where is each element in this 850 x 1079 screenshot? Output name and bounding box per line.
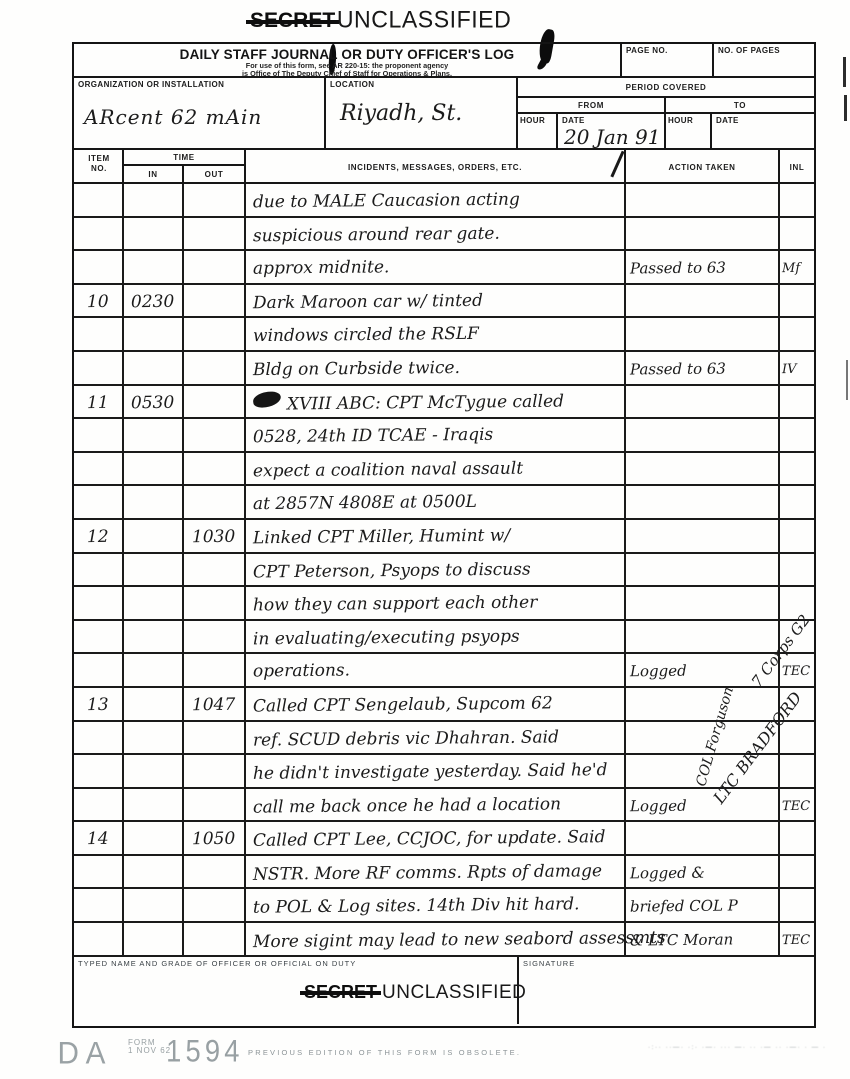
row-incident-text-text: at 2857N 4808E at 0500L — [253, 487, 477, 520]
row-time-out — [184, 722, 246, 754]
row-time-in — [124, 688, 184, 720]
row-item-no — [74, 722, 124, 754]
action-taken-header-cell: ACTION TAKEN — [626, 150, 780, 184]
row-action-taken — [626, 184, 780, 216]
form-edition-text: 1 NOV 62 — [128, 1046, 171, 1055]
row-incident-text: Linked CPT Miller, Humint w/ — [246, 520, 626, 552]
row-incident-text: Dark Maroon car w/ tinted — [246, 285, 626, 317]
row-incident-text: 0528, 24th ID TCAE - Iraqis — [246, 419, 626, 451]
row-initials — [780, 419, 814, 451]
da-form-number: 1594 — [166, 1033, 244, 1070]
row-incident-text-text: operations. — [253, 656, 350, 688]
row-item-no — [74, 755, 124, 787]
table-row: at 2857N 4808E at 0500L — [74, 486, 814, 520]
row-time-in — [124, 856, 184, 888]
row-time-out — [184, 856, 246, 888]
to-date-cell: DATE — [712, 114, 814, 150]
table-row: approx midnite.Passed to 63Mf — [74, 251, 814, 285]
table-row: due to MALE Caucasion acting — [74, 184, 814, 218]
row-time-in — [124, 822, 184, 854]
row-initials: Mf — [780, 251, 814, 283]
row-incident-text: ref. SCUD debris vic Dhahran. Said — [246, 722, 626, 754]
row-incident-text-text: Linked CPT Miller, Humint w/ — [253, 521, 510, 555]
row-item-no — [74, 419, 124, 451]
form-title-block: DAILY STAFF JOURNAL OR DUTY OFFICER'S LO… — [74, 44, 622, 78]
row-action-taken: briefed COL P — [626, 889, 780, 921]
row-item-no — [74, 218, 124, 250]
row-incident-text: operations. — [246, 654, 626, 686]
row-time-in — [124, 352, 184, 384]
row-time-out-text: 1030 — [192, 522, 236, 553]
table-row: windows circled the RSLF — [74, 318, 814, 352]
scan-artifact — [844, 95, 847, 121]
row-time-out — [184, 251, 246, 283]
row-item-no: 10 — [74, 285, 124, 317]
row-incident-text-text: due to MALE Caucasion acting — [253, 185, 520, 219]
row-action-taken — [626, 453, 780, 485]
row-incident-text-text: in evaluating/executing psyops — [253, 621, 520, 655]
row-initials — [780, 318, 814, 350]
time-in-header-cell: IN — [124, 166, 184, 184]
organization-label: ORGANIZATION OR INSTALLATION — [74, 78, 324, 89]
time-header-cell: TIME — [124, 150, 246, 166]
row-initials-text: IV — [782, 354, 797, 385]
row-time-out — [184, 453, 246, 485]
table-row: 110530XVIII ABC: CPT McTygue called — [74, 386, 814, 420]
row-incident-text-text: Called CPT Lee, CCJOC, for update. Said — [253, 822, 606, 857]
no-of-pages-cell: NO. OF PAGES — [714, 44, 814, 78]
from-label: FROM — [518, 101, 664, 110]
row-action-taken-text: Logged & — [630, 857, 705, 889]
log-column-headers: ITEM NO. TIME IN OUT INCIDENTS, MESSAGES… — [74, 150, 814, 184]
row-action-taken — [626, 621, 780, 653]
location-cell: LOCATION Riyadh, St. — [326, 78, 518, 150]
row-time-out — [184, 352, 246, 384]
page-no-label: PAGE NO. — [622, 44, 712, 55]
row-time-in: 0530 — [124, 386, 184, 418]
row-action-taken-text: Passed to 63 — [630, 353, 726, 385]
row-item-no-text: 11 — [87, 387, 109, 418]
row-item-no — [74, 318, 124, 350]
row-initials — [780, 184, 814, 216]
action-taken-header: ACTION TAKEN — [626, 163, 778, 172]
table-row: More sigint may lead to new seabord asse… — [74, 923, 814, 957]
classification-stamp-top: SECRET UNCLASSIFIED — [250, 7, 507, 33]
row-time-in-text: 0230 — [131, 287, 175, 318]
location-label: LOCATION — [326, 78, 516, 89]
row-initials: TEC — [780, 789, 814, 821]
row-item-no — [74, 889, 124, 921]
row-incident-text-text: he didn't investigate yesterday. Said he… — [253, 755, 608, 790]
row-initials — [780, 856, 814, 888]
row-incident-text-text: XVIII ABC: CPT McTygue called — [287, 386, 564, 420]
row-action-taken — [626, 520, 780, 552]
typed-name-label: TYPED NAME AND GRADE OF OFFICER OR OFFIC… — [74, 957, 517, 968]
row-item-no — [74, 554, 124, 586]
row-incident-text-text: Called CPT Sengelaub, Supcom 62 — [253, 688, 553, 722]
time-in-header: IN — [124, 170, 182, 179]
row-initials-text: TEC — [782, 656, 810, 687]
row-initials — [780, 285, 814, 317]
row-item-no — [74, 923, 124, 955]
row-initials: IV — [780, 352, 814, 384]
row-time-out — [184, 587, 246, 619]
from-date-label: DATE — [558, 114, 664, 125]
row-time-out — [184, 285, 246, 317]
form-title: DAILY STAFF JOURNAL OR DUTY OFFICER'S LO… — [74, 47, 620, 63]
row-time-out — [184, 218, 246, 250]
table-row: NSTR. More RF comms. Rpts of damageLogge… — [74, 856, 814, 890]
to-label: TO — [666, 101, 814, 110]
inl-header-cell: INL — [780, 150, 814, 184]
table-row: 121030Linked CPT Miller, Humint w/ — [74, 520, 814, 554]
table-row: 0528, 24th ID TCAE - Iraqis — [74, 419, 814, 453]
row-initials-text: Mf — [782, 253, 800, 284]
organization-cell: ORGANIZATION OR INSTALLATION ARcent 62 m… — [74, 78, 326, 150]
table-row: to POL & Log sites. 14th Div hit hard.br… — [74, 889, 814, 923]
row-incident-text-text: CPT Peterson, Psyops to discuss — [253, 554, 531, 588]
classification-stamp-bottom: SECRET UNCLASSIFIED — [304, 982, 526, 1004]
row-time-in — [124, 453, 184, 485]
row-incident-text: suspicious around rear gate. — [246, 218, 626, 250]
row-time-in — [124, 486, 184, 518]
row-time-in — [124, 419, 184, 451]
row-time-in — [124, 184, 184, 216]
row-initials — [780, 889, 814, 921]
row-time-in — [124, 587, 184, 619]
row-initials — [780, 822, 814, 854]
row-incident-text-text: approx midnite. — [253, 252, 390, 284]
row-initials-text: TEC — [782, 925, 810, 956]
row-action-taken-text: Passed to 63 — [630, 253, 726, 285]
obsolete-note: PREVIOUS EDITION OF THIS FORM IS OBSOLET… — [248, 1048, 521, 1057]
log-rows: due to MALE Caucasion actingsuspicious a… — [74, 184, 814, 957]
from-date-value: 20 Jan 91 — [564, 125, 664, 149]
row-incident-text: he didn't investigate yesterday. Said he… — [246, 755, 626, 787]
row-time-out — [184, 889, 246, 921]
row-time-in-text: 0530 — [131, 387, 175, 418]
row-item-no-text: 14 — [87, 824, 109, 855]
row-action-taken — [626, 318, 780, 350]
row-incident-text: expect a coalition naval assault — [246, 453, 626, 485]
unclassified-text: UNCLASSIFIED — [382, 982, 526, 1003]
row-incident-text: More sigint may lead to new seabord asse… — [246, 923, 626, 955]
row-action-taken — [626, 419, 780, 451]
table-row: Bldg on Curbside twice.Passed to 63IV — [74, 352, 814, 386]
secret-struck-text: SECRET — [250, 9, 335, 33]
row-time-in — [124, 789, 184, 821]
row-incident-text: Bldg on Curbside twice. — [246, 352, 626, 384]
row-time-in: 0230 — [124, 285, 184, 317]
signature-cell: SIGNATURE — [519, 957, 814, 1024]
no-of-pages-label: NO. OF PAGES — [714, 44, 814, 55]
row-action-taken: Logged — [626, 789, 780, 821]
table-row: in evaluating/executing psyops — [74, 621, 814, 655]
row-time-out — [184, 923, 246, 955]
table-row: operations.LoggedTEC — [74, 654, 814, 688]
row-incident-text-text: ref. SCUD debris vic Dhahran. Said — [253, 722, 559, 756]
row-time-in — [124, 520, 184, 552]
scanned-da-form-1594: SECRET UNCLASSIFIED DAILY STAFF JOURNAL … — [0, 0, 850, 1079]
item-no-header: ITEM NO. — [81, 154, 117, 174]
period-covered-label: PERIOD COVERED — [518, 83, 814, 92]
row-incident-text: call me back once he had a location — [246, 789, 626, 821]
row-incident-text: to POL & Log sites. 14th Div hit hard. — [246, 889, 626, 921]
row-item-no-text: 12 — [87, 522, 109, 553]
form-border: DAILY STAFF JOURNAL OR DUTY OFFICER'S LO… — [72, 42, 816, 1028]
row-time-in — [124, 923, 184, 955]
print-office-note: ·:·· ··—· ·:· ·—· ··· —· ·· ·— ·· ·—· · … — [648, 1044, 848, 1051]
row-initials: TEC — [780, 923, 814, 955]
row-time-in — [124, 621, 184, 653]
row-time-in — [124, 722, 184, 754]
row-time-in — [124, 318, 184, 350]
row-action-taken: Passed to 63 — [626, 251, 780, 283]
to-hour-cell: HOUR — [666, 114, 712, 150]
row-incident-text-text: expect a coalition naval assault — [253, 453, 523, 487]
row-time-out — [184, 318, 246, 350]
scan-artifact — [846, 360, 848, 400]
table-row: suspicious around rear gate. — [74, 218, 814, 252]
row-action-taken-text: briefed COL P — [630, 891, 738, 923]
row-initials — [780, 486, 814, 518]
row-action-taken-text: Logged — [630, 790, 687, 822]
row-item-no — [74, 856, 124, 888]
row-incident-text-text: Dark Maroon car w/ tinted — [253, 286, 483, 319]
location-value: Riyadh, St. — [340, 101, 516, 126]
row-time-in — [124, 251, 184, 283]
row-time-out — [184, 755, 246, 787]
row-action-taken — [626, 218, 780, 250]
row-incident-text: at 2857N 4808E at 0500L — [246, 486, 626, 518]
row-action-taken — [626, 554, 780, 586]
time-header: TIME — [124, 153, 244, 162]
row-time-out: 1030 — [184, 520, 246, 552]
row-time-in — [124, 554, 184, 586]
row-initials — [780, 520, 814, 552]
form-footer: DA FORM 1 NOV 62 1594 PREVIOUS EDITION O… — [0, 1036, 850, 1076]
row-time-out — [184, 486, 246, 518]
row-item-no — [74, 621, 124, 653]
table-row: 100230Dark Maroon car w/ tinted — [74, 285, 814, 319]
row-incident-text: approx midnite. — [246, 251, 626, 283]
row-time-in — [124, 218, 184, 250]
row-incident-text-text: call me back once he had a location — [253, 789, 561, 823]
row-action-taken: Logged & — [626, 856, 780, 888]
form-subtitle-2: is Office of The Deputy Chief of Staff f… — [74, 70, 620, 78]
row-incident-text-text: to POL & Log sites. 14th Div hit hard. — [253, 890, 580, 924]
row-time-out: 1050 — [184, 822, 246, 854]
row-time-out — [184, 386, 246, 418]
row-incident-text-text: More sigint may lead to new seabord asse… — [253, 923, 666, 958]
row-incident-text: how they can support each other — [246, 587, 626, 619]
row-item-no — [74, 587, 124, 619]
row-incident-text-text: Bldg on Curbside twice. — [253, 353, 460, 386]
scan-artifact — [843, 57, 846, 87]
row-incident-text: due to MALE Caucasion acting — [246, 184, 626, 216]
inl-header: INL — [780, 163, 814, 172]
time-out-header-cell: OUT — [184, 166, 246, 184]
row-initials — [780, 554, 814, 586]
page-no-cell: PAGE NO. — [622, 44, 714, 78]
row-item-no: 14 — [74, 822, 124, 854]
row-action-taken: & LTC Moran — [626, 923, 780, 955]
row-time-in — [124, 889, 184, 921]
time-out-header: OUT — [184, 170, 244, 179]
table-row: expect a coalition naval assault — [74, 453, 814, 487]
row-incident-text: XVIII ABC: CPT McTygue called — [246, 386, 626, 418]
row-item-no-text: 13 — [87, 690, 109, 721]
row-item-no — [74, 789, 124, 821]
da-form-word: FORM 1 NOV 62 — [128, 1039, 171, 1055]
da-form-prefix: DA — [58, 1036, 112, 1072]
row-time-out-text: 1050 — [192, 824, 236, 855]
table-row: 131047Called CPT Sengelaub, Supcom 62 — [74, 688, 814, 722]
item-no-header-cell: ITEM NO. — [74, 150, 124, 184]
row-incident-text: CPT Peterson, Psyops to discuss — [246, 554, 626, 586]
row-item-no: 12 — [74, 520, 124, 552]
row-time-in — [124, 654, 184, 686]
row-incident-text-text: 0528, 24th ID TCAE - Iraqis — [253, 420, 494, 454]
table-row: CPT Peterson, Psyops to discuss — [74, 554, 814, 588]
row-item-no — [74, 352, 124, 384]
row-incident-text: Called CPT Sengelaub, Supcom 62 — [246, 688, 626, 720]
row-incident-text-text: NSTR. More RF comms. Rpts of damage — [253, 856, 602, 891]
period-to-cell: TO — [666, 98, 814, 114]
incidents-header: INCIDENTS, MESSAGES, ORDERS, ETC. — [246, 163, 624, 172]
from-hour-cell: HOUR — [518, 114, 558, 150]
row-action-taken — [626, 386, 780, 418]
from-date-cell: DATE 20 Jan 91 — [558, 114, 666, 150]
row-action-taken — [626, 688, 780, 720]
to-hour-label: HOUR — [666, 114, 710, 125]
row-action-taken — [626, 486, 780, 518]
row-initials — [780, 386, 814, 418]
from-hour-label: HOUR — [518, 114, 556, 125]
row-item-no-text: 10 — [87, 287, 109, 318]
row-action-taken — [626, 822, 780, 854]
incidents-header-cell: INCIDENTS, MESSAGES, ORDERS, ETC. — [246, 150, 626, 184]
row-item-no: 13 — [74, 688, 124, 720]
row-incident-text: NSTR. More RF comms. Rpts of damage — [246, 856, 626, 888]
row-time-in — [124, 755, 184, 787]
row-action-taken — [626, 285, 780, 317]
row-time-out — [184, 621, 246, 653]
row-incident-text-text: windows circled the RSLF — [253, 319, 479, 352]
table-row: how they can support each other — [74, 587, 814, 621]
row-action-taken: Passed to 63 — [626, 352, 780, 384]
row-time-out — [184, 654, 246, 686]
row-time-out-text: 1047 — [192, 690, 236, 721]
row-initials-text: TEC — [782, 791, 810, 822]
row-incident-text: windows circled the RSLF — [246, 318, 626, 350]
row-time-out: 1047 — [184, 688, 246, 720]
row-item-no — [74, 251, 124, 283]
signature-label: SIGNATURE — [519, 957, 814, 968]
row-incident-text-text: how they can support each other — [253, 588, 538, 622]
row-action-taken-text: & LTC Moran — [630, 925, 734, 957]
row-time-out — [184, 184, 246, 216]
secret-struck-text: SECRET — [304, 982, 377, 1003]
row-item-no: 11 — [74, 386, 124, 418]
row-item-no — [74, 486, 124, 518]
scratched-out-text — [252, 390, 282, 409]
row-item-no — [74, 453, 124, 485]
row-incident-text-text: suspicious around rear gate. — [253, 218, 500, 252]
table-row: 141050Called CPT Lee, CCJOC, for update.… — [74, 822, 814, 856]
row-initials — [780, 218, 814, 250]
to-date-label: DATE — [712, 114, 814, 125]
row-time-out — [184, 789, 246, 821]
row-incident-text: Called CPT Lee, CCJOC, for update. Said — [246, 822, 626, 854]
row-action-taken — [626, 587, 780, 619]
row-action-taken-text: Logged — [630, 656, 687, 688]
period-from-cell: FROM — [518, 98, 666, 114]
row-time-out — [184, 419, 246, 451]
period-covered-cell: PERIOD COVERED — [518, 78, 814, 98]
unclassified-text: UNCLASSIFIED — [337, 6, 511, 35]
row-time-out — [184, 554, 246, 586]
row-initials — [780, 453, 814, 485]
row-item-no — [74, 654, 124, 686]
row-item-no — [74, 184, 124, 216]
table-row: call me back once he had a locationLogge… — [74, 789, 814, 823]
organization-value: ARcent 62 mAin — [84, 105, 324, 129]
row-incident-text: in evaluating/executing psyops — [246, 621, 626, 653]
row-initials — [780, 755, 814, 787]
